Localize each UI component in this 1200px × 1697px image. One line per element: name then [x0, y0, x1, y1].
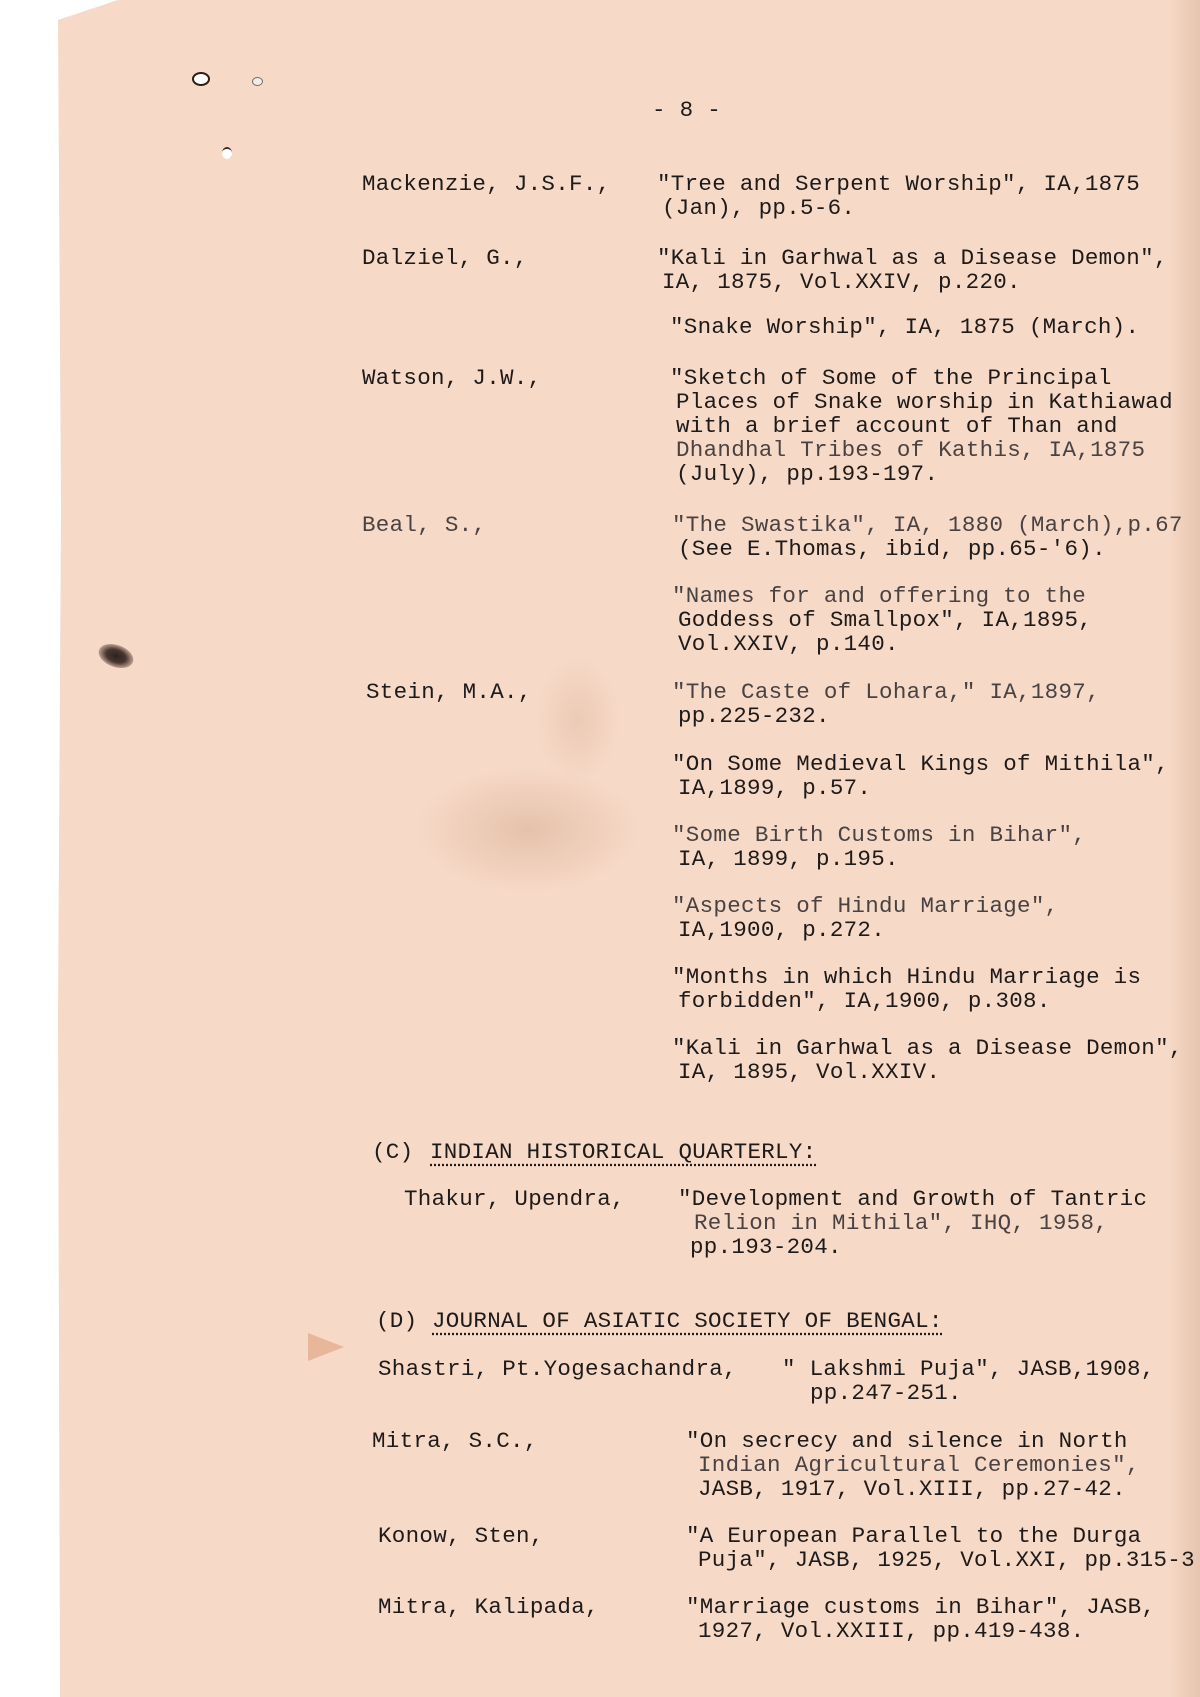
entry-citation-line: (July), pp.193-197. — [676, 462, 938, 486]
entry-author: Stein, M.A., — [366, 680, 532, 704]
entry-citation-line: Puja", JASB, 1925, Vol.XXI, pp.315-3 — [698, 1548, 1195, 1572]
entry-citation-line: "Tree and Serpent Worship", IA,1875 — [657, 172, 1140, 196]
entry-author: Shastri, Pt.Yogesachandra, — [378, 1357, 737, 1381]
entry-author: Mitra, S.C., — [372, 1429, 538, 1453]
entry-citation-line: pp.247-251. — [810, 1381, 962, 1405]
entry-citation-line: with a brief account of Than and — [676, 414, 1118, 438]
entry-citation-line: "The Caste of Lohara," IA,1897, — [672, 680, 1100, 704]
entry-citation-line: "A European Parallel to the Durga — [686, 1524, 1141, 1548]
entry-citation-line: pp.225-232. — [678, 704, 830, 728]
entry-citation-line: (See E.Thomas, ibid, pp.65-'6). — [678, 537, 1106, 561]
entry-author: Beal, S., — [362, 513, 486, 537]
section-c-label: (C) — [372, 1140, 413, 1164]
entry-author: Mackenzie, J.S.F., — [362, 172, 610, 196]
entry-citation-line: Vol.XXIV, p.140. — [678, 632, 899, 656]
entry-author: Mitra, Kalipada, — [378, 1595, 599, 1619]
entry-citation-line: "Some Birth Customs in Bihar", — [672, 823, 1086, 847]
entry-citation-line: IA,1899, p.57. — [678, 776, 871, 800]
page-number: - 8 - — [652, 98, 721, 122]
entry-citation-line: Places of Snake worship in Kathiawad — [676, 390, 1173, 414]
entry-citation-line: "On secrecy and silence in North — [686, 1429, 1128, 1453]
entry-citation-line: (Jan), pp.5-6. — [662, 196, 855, 220]
punch-hole — [222, 147, 232, 159]
entry-citation-line: "Aspects of Hindu Marriage", — [672, 894, 1058, 918]
entry-citation-line: JASB, 1917, Vol.XIII, pp.27-42. — [698, 1477, 1126, 1501]
entry-citation-line: pp.193-204. — [690, 1235, 842, 1259]
entry-author: Dalziel, G., — [362, 246, 528, 270]
entry-citation-line: "Kali in Garhwal as a Disease Demon", — [657, 246, 1168, 270]
entry-citation-line: "Marriage customs in Bihar", JASB, — [686, 1595, 1155, 1619]
section-c-heading: INDIAN HISTORICAL QUARTERLY: — [430, 1140, 816, 1164]
entry-citation-line: IA,1900, p.272. — [678, 918, 885, 942]
entry-citation-line: "Development and Growth of Tantric — [678, 1187, 1147, 1211]
entry-citation-line: IA, 1895, Vol.XXIV. — [678, 1060, 940, 1084]
entry-citation-line: IA, 1875, Vol.XXIV, p.220. — [662, 270, 1021, 294]
entry-citation-line: "Months in which Hindu Marriage is — [672, 965, 1141, 989]
entry-citation-line: "The Swastika", IA, 1880 (March),p.67 — [672, 513, 1183, 537]
entry-citation-line: "On Some Medieval Kings of Mithila", — [672, 752, 1169, 776]
entry-citation-line: "Snake Worship", IA, 1875 (March). — [670, 315, 1139, 339]
entry-author: Thakur, Upendra, — [404, 1187, 625, 1211]
entry-citation-line: Indian Agricultural Ceremonies", — [698, 1453, 1140, 1477]
entry-citation-line: Dhandhal Tribes of Kathis, IA,1875 — [676, 438, 1145, 462]
entry-citation-line: "Names for and offering to the — [672, 584, 1086, 608]
entry-citation-line: Relion in Mithila", IHQ, 1958, — [694, 1211, 1108, 1235]
entry-citation-line: forbidden", IA,1900, p.308. — [678, 989, 1051, 1013]
entry-citation-line: Goddess of Smallpox", IA,1895, — [678, 608, 1092, 632]
entry-author: Watson, J.W., — [362, 366, 541, 390]
entry-author: Konow, Sten, — [378, 1524, 544, 1548]
entry-citation-line: IA, 1899, p.195. — [678, 847, 899, 871]
entry-citation-line: 1927, Vol.XXIII, pp.419-438. — [698, 1619, 1084, 1643]
punch-hole — [192, 72, 210, 86]
section-d-heading: JOURNAL OF ASIATIC SOCIETY OF BENGAL: — [432, 1309, 943, 1333]
punch-hole — [252, 77, 263, 86]
section-d-label: (D) — [376, 1309, 417, 1333]
entry-citation-line: "Kali in Garhwal as a Disease Demon", — [672, 1036, 1183, 1060]
paper-scrap — [308, 1333, 344, 1361]
entry-citation-line: "Sketch of Some of the Principal — [670, 366, 1112, 390]
entry-citation-line: " Lakshmi Puja", JASB,1908, — [782, 1357, 1155, 1381]
